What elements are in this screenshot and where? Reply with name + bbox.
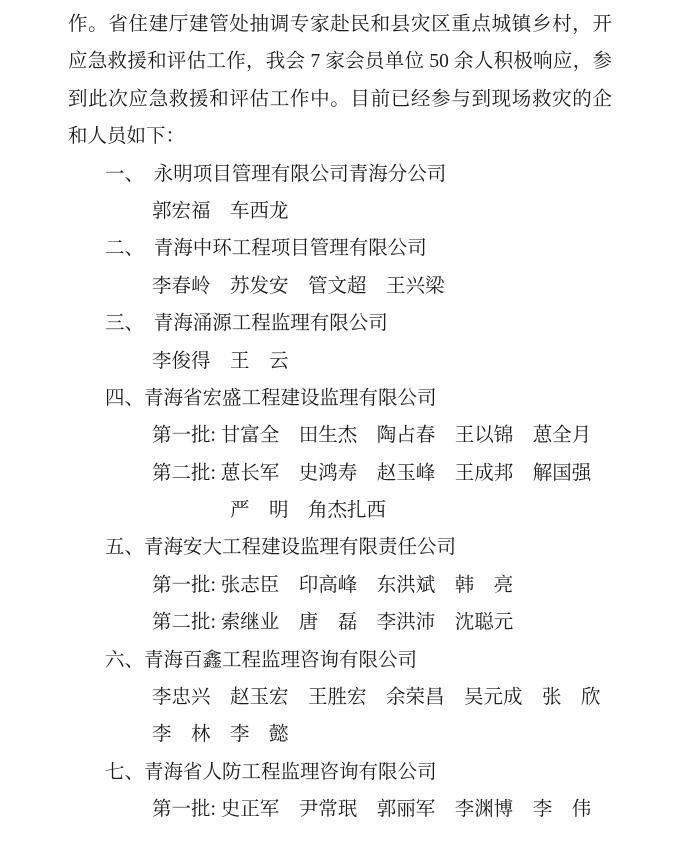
member-line: 李春岭 苏发安 管文超 王兴梁 xyxy=(68,268,612,305)
company-heading: 五、青海安大工程建设监理有限责任公司 xyxy=(68,529,612,566)
company-heading: 四、青海省宏盛工程建设监理有限公司 xyxy=(68,380,612,417)
member-line: 第一批: 张志臣 印高峰 东洪斌 韩 亮 xyxy=(68,567,612,604)
company-heading: 二、 青海中环工程项目管理有限公司 xyxy=(68,230,612,267)
company-heading: 六、青海百鑫工程监理咨询有限公司 xyxy=(68,642,612,679)
company-heading: 三、 青海涌源工程监理有限公司 xyxy=(68,305,612,342)
member-line: 李忠兴 赵玉宏 王胜宏 余荣昌 吴元成 张 欣 xyxy=(68,679,612,716)
company-heading: 七、青海省人防工程监理咨询有限公司 xyxy=(68,754,612,791)
member-line: 第二批: 葸长军 史鸿寿 赵玉峰 王成邦 解国强 xyxy=(68,455,612,492)
member-line: 第一批: 甘富全 田生杰 陶占春 王以锦 葸全月 xyxy=(68,417,612,454)
company-heading: 一、 永明项目管理有限公司青海分公司 xyxy=(68,156,612,193)
member-line: 李 林 李 懿 xyxy=(68,716,612,753)
intro-line: 到此次应急救援和评估工作中。目前已经参与到现场救灾的企业 xyxy=(68,81,612,118)
document-page: 作。省住建厅建管处抽调专家赴民和县灾区重点城镇乡村，开展 应急救援和评估工作，我… xyxy=(0,0,676,841)
member-line: 第一批: 史正军 尹常珉 郭丽军 李渊博 李 伟 xyxy=(68,791,612,828)
member-line: 郭宏福 车西龙 xyxy=(68,193,612,230)
member-line: 严 明 角杰扎西 xyxy=(68,492,612,529)
member-line: 李俊得 王 云 xyxy=(68,343,612,380)
intro-line: 作。省住建厅建管处抽调专家赴民和县灾区重点城镇乡村，开展 xyxy=(68,6,612,43)
intro-line: 和人员如下： xyxy=(68,118,612,155)
member-line: 第二批: 索继业 唐 磊 李洪沛 沈聪元 xyxy=(68,604,612,641)
intro-line: 应急救援和评估工作，我会 7 家会员单位 50 余人积极响应，参与 xyxy=(68,43,612,80)
